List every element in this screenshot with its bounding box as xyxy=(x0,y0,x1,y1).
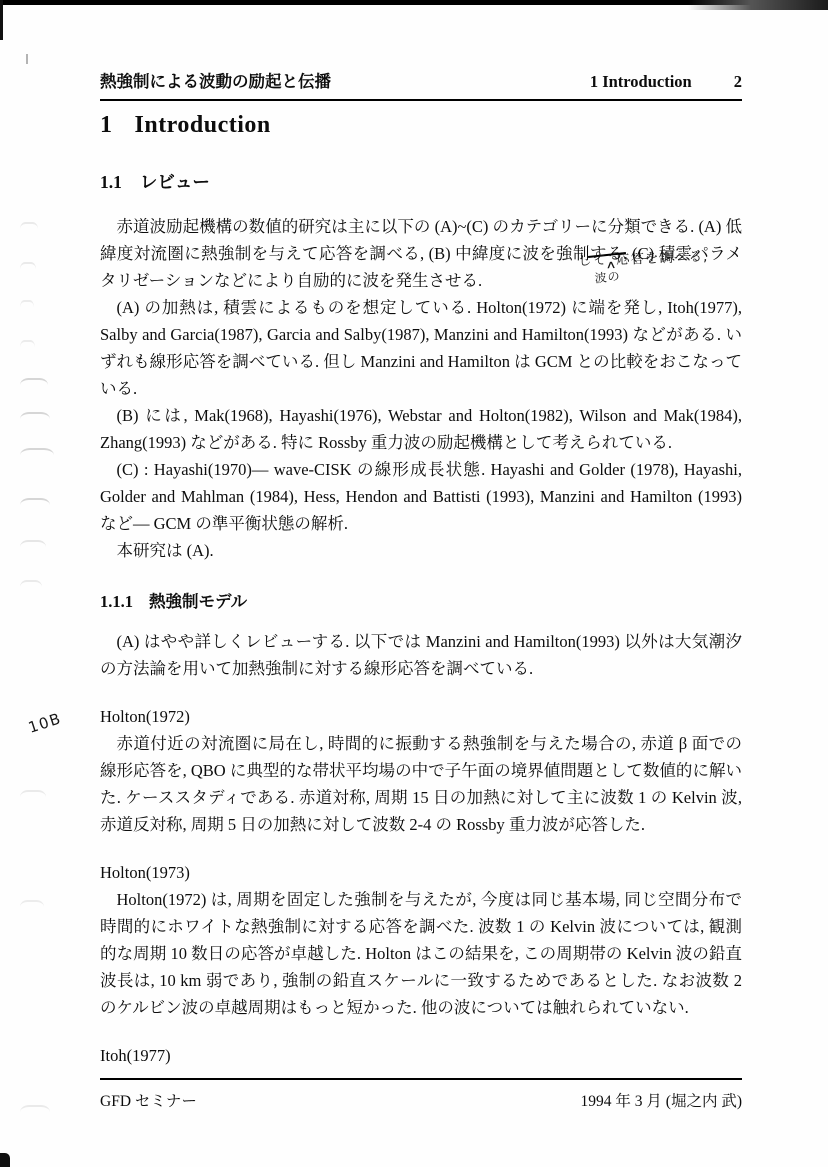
handwritten-text: して xyxy=(578,252,608,269)
paragraph-this-study: 本研究は (A). xyxy=(100,537,742,564)
footer-seminar-name: GFD セミナー xyxy=(100,1089,197,1111)
subsection-heading-1-1-1: 1.1.1熱強制モデル xyxy=(100,590,742,614)
section-number: 1.1 xyxy=(100,172,122,192)
chapter-number: 1 xyxy=(100,112,113,138)
scan-artifact-mark xyxy=(20,448,54,462)
paragraph-subsection-intro: (A) はやや詳しくレビューする. 以下では Manzini and Hamil… xyxy=(100,628,742,682)
scan-artifact-mark xyxy=(20,222,38,236)
paragraph-category-b: (B) には, Mak(1968), Hayashi(1976), Websta… xyxy=(100,402,742,456)
scan-artifact-mark xyxy=(20,900,44,914)
subsection-title: 熱強制モデル xyxy=(149,592,247,611)
scan-edge-artifact-top-right xyxy=(688,0,828,10)
paragraph-holton-1972: 赤道付近の対流圏に局在し, 時間的に振動する熱強制を与えた場合の, 赤道 β 面… xyxy=(100,730,742,838)
scanned-paper-page: 熱強制による波動の励起と伝播 1 Introduction 2 1Introdu… xyxy=(0,0,828,1167)
scan-artifact-mark xyxy=(20,1105,50,1119)
scan-artifact-mark xyxy=(20,540,46,554)
page-body: 1.1レビュー 赤道波励起機構の数値的研究は主に以下の (A)~(C) のカテゴ… xyxy=(100,170,742,1069)
subsection-number: 1.1.1 xyxy=(100,592,133,611)
section-heading-1-1: 1.1レビュー xyxy=(100,170,742,195)
scan-artifact-mark xyxy=(20,300,34,314)
scan-edge-artifact-bottom-left xyxy=(0,1153,10,1167)
header-document-title: 熱強制による波動の励起と伝播 xyxy=(100,68,331,92)
header-section-and-page: 1 Introduction 2 xyxy=(590,72,742,92)
page-number: 2 xyxy=(734,72,742,92)
paragraph-category-a: (A) の加熱は, 積雲によるものを想定している. Holton(1972) に… xyxy=(100,294,742,402)
scan-artifact-mark xyxy=(20,378,48,392)
scan-artifact-mark xyxy=(20,790,46,804)
reference-label-holton-1973: Holton(1973) xyxy=(100,859,742,886)
paragraph-category-c: (C) : Hayashi(1970)— wave-CISK の線形成長状態. … xyxy=(100,456,742,537)
header-section-label: 1 Introduction xyxy=(590,72,692,92)
scan-artifact-mark xyxy=(20,498,50,512)
page-header: 熱強制による波動の励起と伝播 1 Introduction 2 xyxy=(100,68,742,101)
reference-label-holton-1972: Holton(1972) xyxy=(100,703,742,730)
handwritten-margin-note: 10B xyxy=(26,709,64,737)
chapter-title: Introduction xyxy=(135,112,271,138)
scan-artifact-mark xyxy=(20,580,42,594)
section-title: レビュー xyxy=(140,173,210,193)
scan-artifact-mark xyxy=(20,412,50,426)
reference-label-itoh-1977: Itoh(1977) xyxy=(100,1042,742,1069)
footer-date-author: 1994 年 3 月 (堀之内 武) xyxy=(581,1089,742,1111)
handwritten-text: 応答を調べる, xyxy=(616,249,709,268)
scan-edge-artifact-left xyxy=(0,0,3,40)
page-footer: GFD セミナー 1994 年 3 月 (堀之内 武) xyxy=(100,1078,742,1111)
handwritten-inserted-text: 波の xyxy=(594,269,621,286)
scan-artifact-mark xyxy=(20,340,35,354)
scan-artifact-mark xyxy=(26,54,28,64)
chapter-heading: 1Introduction xyxy=(100,112,271,139)
paragraph-holton-1973: Holton(1972) は, 周期を固定した強制を与えたが, 今度は同じ基本場… xyxy=(100,886,742,1021)
scan-artifact-mark xyxy=(20,262,36,276)
